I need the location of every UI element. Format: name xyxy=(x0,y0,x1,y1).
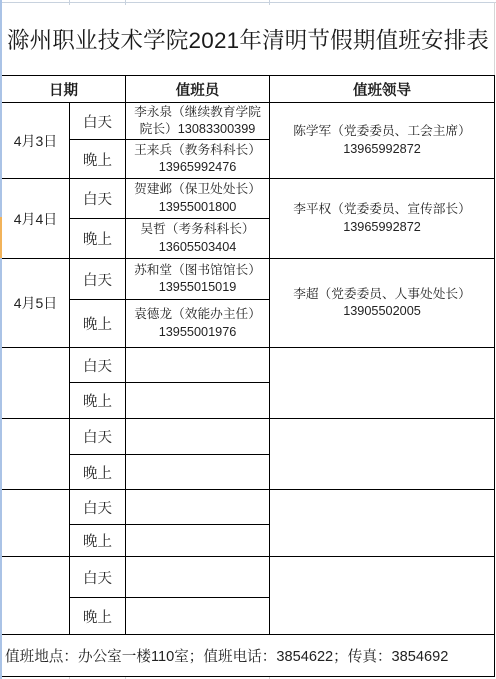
staff-line: 袁德龙（效能办主任） xyxy=(134,306,261,324)
leader-cell[interactable] xyxy=(270,490,495,557)
staff-cell[interactable] xyxy=(126,598,270,635)
period-label: 白天 xyxy=(83,188,112,209)
period-cell-day[interactable]: 白天 xyxy=(70,259,126,300)
period-label: 白天 xyxy=(83,269,112,290)
period-cell-night[interactable]: 晚上 xyxy=(70,455,126,490)
period-label: 白天 xyxy=(83,355,112,376)
period-label: 白天 xyxy=(83,111,112,132)
leader-line: 陈学军（党委委员、工会主席） xyxy=(293,123,471,141)
period-label: 白天 xyxy=(83,497,112,518)
period-cell-day[interactable]: 白天 xyxy=(70,557,126,598)
header-leader[interactable]: 值班领导 xyxy=(270,76,495,103)
date-cell[interactable] xyxy=(2,557,70,635)
staff-cell[interactable]: 李永泉（继续教育学院 院长）13083300399 xyxy=(126,103,270,140)
staff-cell[interactable]: 贺建邺（保卫处处长） 13955001800 xyxy=(126,179,270,219)
staff-line: 院长）13083300399 xyxy=(140,121,256,139)
period-cell-night[interactable]: 晚上 xyxy=(70,140,126,179)
period-label: 晚上 xyxy=(83,390,112,411)
period-label: 白天 xyxy=(83,426,112,447)
staff-line: 13605503404 xyxy=(159,239,237,257)
staff-line: 13955015019 xyxy=(159,279,237,297)
date-label: 4月3日 xyxy=(14,131,58,151)
period-label: 白天 xyxy=(83,567,112,588)
period-cell-night[interactable]: 晚上 xyxy=(70,598,126,635)
date-label: 4月5日 xyxy=(14,293,58,313)
staff-line: 苏和堂（图书馆馆长） xyxy=(134,262,261,280)
leader-line: 13965992872 xyxy=(343,141,421,159)
date-cell[interactable] xyxy=(2,348,70,419)
header-staff[interactable]: 值班员 xyxy=(126,76,270,103)
period-label: 晚上 xyxy=(83,606,112,627)
leader-line: 13965992872 xyxy=(343,219,421,237)
staff-cell[interactable] xyxy=(126,525,270,557)
leader-cell[interactable] xyxy=(270,419,495,490)
staff-cell[interactable] xyxy=(126,490,270,525)
staff-cell[interactable] xyxy=(126,557,270,598)
date-cell[interactable] xyxy=(2,490,70,557)
staff-line: 13965992476 xyxy=(159,159,237,177)
staff-line: 李永泉（继续教育学院 xyxy=(134,104,261,122)
period-label: 晚上 xyxy=(83,149,112,170)
period-label: 晚上 xyxy=(83,228,112,249)
leader-cell[interactable]: 陈学军（党委委员、工会主席） 13965992872 xyxy=(270,103,495,179)
footer-note-cell[interactable]: 值班地点：办公室一楼110室；值班电话：3854622；传真：3854692 xyxy=(2,635,495,677)
staff-cell[interactable]: 苏和堂（图书馆馆长） 13955015019 xyxy=(126,259,270,300)
staff-cell[interactable] xyxy=(126,348,270,383)
spreadsheet-sheet: 滁州职业技术学院2021年清明节假期值班安排表 日期 值班员 值班领导 4月3日… xyxy=(0,0,496,679)
header-date[interactable]: 日期 xyxy=(2,76,126,103)
period-label: 晚上 xyxy=(83,313,112,334)
period-cell-day[interactable]: 白天 xyxy=(70,490,126,525)
period-cell-day[interactable]: 白天 xyxy=(70,179,126,219)
leader-cell[interactable]: 李超（党委委员、人事处处长） 13905502005 xyxy=(270,259,495,348)
date-cell[interactable]: 4月5日 xyxy=(2,259,70,348)
period-cell-night[interactable]: 晚上 xyxy=(70,300,126,348)
date-cell[interactable] xyxy=(2,419,70,490)
staff-line: 13955001800 xyxy=(159,199,237,217)
period-cell-day[interactable]: 白天 xyxy=(70,419,126,455)
period-label: 晚上 xyxy=(83,530,112,551)
period-label: 晚上 xyxy=(83,462,112,483)
staff-cell[interactable]: 袁德龙（效能办主任） 13955001976 xyxy=(126,300,270,348)
date-cell[interactable]: 4月4日 xyxy=(2,179,70,259)
period-cell-night[interactable]: 晚上 xyxy=(70,525,126,557)
leader-cell[interactable] xyxy=(270,557,495,635)
staff-cell[interactable] xyxy=(126,383,270,419)
staff-cell[interactable]: 王来兵（教务科科长） 13965992476 xyxy=(126,140,270,179)
header-staff-label: 值班员 xyxy=(176,79,220,100)
staff-line: 吴哲（考务科科长） xyxy=(140,221,254,239)
leader-line: 李平权（党委委员、宣传部长） xyxy=(293,201,471,219)
staff-line: 13955001976 xyxy=(159,324,237,342)
staff-cell[interactable] xyxy=(126,455,270,490)
header-leader-label: 值班领导 xyxy=(353,79,411,100)
leader-cell[interactable] xyxy=(270,348,495,419)
page-title: 滁州职业技术学院2021年清明节假期值班安排表 xyxy=(2,3,494,75)
date-label: 4月4日 xyxy=(14,209,58,229)
period-cell-night[interactable]: 晚上 xyxy=(70,383,126,419)
staff-line: 贺建邺（保卫处处长） xyxy=(134,181,261,199)
period-cell-day[interactable]: 白天 xyxy=(70,103,126,140)
footer-note: 值班地点：办公室一楼110室；值班电话：3854622；传真：3854692 xyxy=(5,645,448,666)
header-date-label: 日期 xyxy=(49,79,78,100)
leader-line: 13905502005 xyxy=(343,303,421,321)
period-cell-night[interactable]: 晚上 xyxy=(70,219,126,259)
date-cell[interactable]: 4月3日 xyxy=(2,103,70,179)
staff-cell[interactable]: 吴哲（考务科科长） 13605503404 xyxy=(126,219,270,259)
staff-cell[interactable] xyxy=(126,419,270,455)
leader-line: 李超（党委委员、人事处处长） xyxy=(293,286,471,304)
staff-line: 王来兵（教务科科长） xyxy=(134,142,261,160)
leader-cell[interactable]: 李平权（党委委员、宣传部长） 13965992872 xyxy=(270,179,495,259)
sheet-right-gridline xyxy=(494,2,495,75)
period-cell-day[interactable]: 白天 xyxy=(70,348,126,383)
